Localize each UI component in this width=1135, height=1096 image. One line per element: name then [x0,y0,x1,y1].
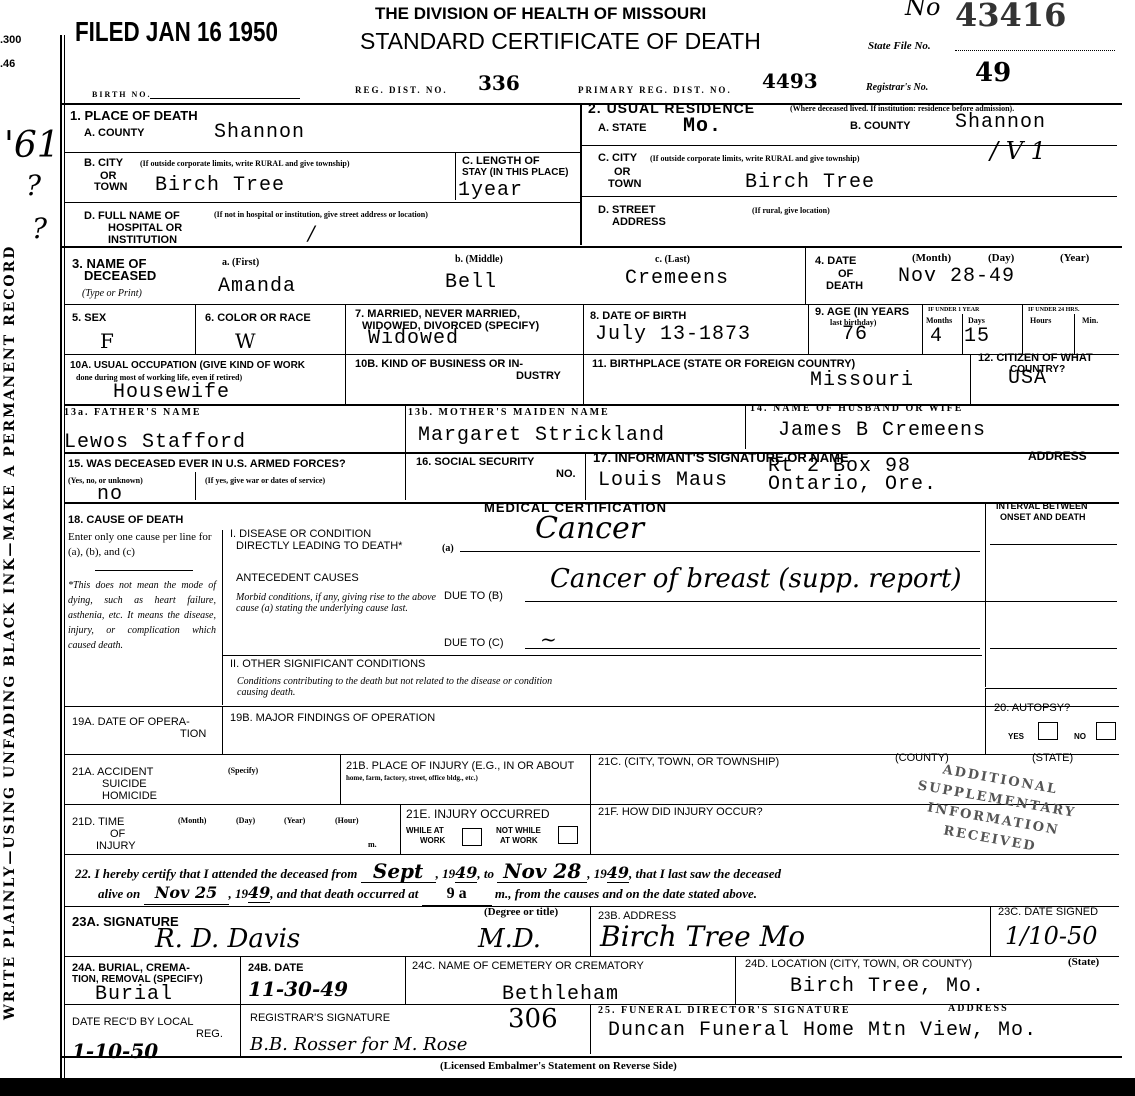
agency-name: THE DIVISION OF HEALTH OF MISSOURI [375,4,706,24]
dod-year-label: (Year) [1060,254,1089,263]
i-label: I. DISEASE OR CONDITION [230,528,371,540]
autopsy-yes-checkbox[interactable] [1038,722,1058,740]
dod-label2: OF [838,268,853,280]
days-label: Days [968,316,985,325]
divider [985,688,1117,689]
burial-date-label: 24b. DATE [248,962,303,974]
op-date-label: 19a. DATE OF OPERA- [72,716,190,728]
autopsy-yes-label: YES [1008,732,1024,741]
first-name-value[interactable]: Amanda [218,276,296,298]
informant-address2[interactable]: Ontario, Ore. [768,474,937,496]
certify-text: , 19 [436,866,456,881]
res-street-label2: ADDRESS [612,216,666,228]
pod-stay-value[interactable]: 1year [458,180,523,202]
divider [985,688,986,754]
funeral-address-label: ADDRESS [948,1004,1009,1013]
not-work-label: NOT WHILE [496,826,541,835]
op-findings-label: 19b. MAJOR FINDINGS OF OPERATION [230,712,435,724]
i-label2: DIRECTLY LEADING TO DEATH* [236,540,402,552]
divider-col-mid [580,103,582,245]
divider [455,152,456,200]
frame-left-inner [64,35,65,1080]
res-county-value[interactable]: Shannon [955,112,1046,134]
footer-note: (Licensed Embalmer's Statement on Revers… [440,1060,677,1072]
res-county-label: b. COUNTY [850,120,911,132]
physician-signature[interactable]: R. D. Davis [155,928,300,950]
attended-to-year[interactable]: 49 [607,863,629,883]
citizen-value[interactable]: USA [1008,368,1047,390]
divider [585,452,586,500]
ii-label: II. OTHER SIGNIFICANT CONDITIONS [230,658,425,670]
divider [405,956,406,1004]
while-work-checkbox[interactable] [462,828,482,846]
line-interval-c [990,648,1117,649]
autopsy-label: 20. AUTOPSY? [994,702,1070,714]
time-of-death[interactable]: 9 a [422,883,492,906]
ii-note: Conditions contributing to the death but… [237,676,557,698]
pod-stay-label: c. LENGTH OF [462,155,540,167]
place-of-death-heading: 1. PLACE OF DEATH [70,110,198,122]
race-value[interactable]: W [235,330,257,352]
margin-note-top2: .46 [0,58,15,70]
attended-from-year[interactable]: 49 [455,863,477,883]
armed-label: 15. WAS DECEASED EVER IN U.S. ARMED FORC… [68,458,346,470]
min-label: Min. [1082,316,1098,325]
divider [64,304,1119,305]
certify-line-2: alive on Nov 25, 1949, and that death oc… [98,882,757,906]
burial-location-value[interactable]: Birch Tree, Mo. [790,976,985,998]
cert-no-prefix: No [905,0,940,18]
citizen-label: 12. CITIZEN OF WHAT [978,352,1093,364]
birthplace-value[interactable]: Missouri [810,370,914,392]
res-street-note: (If rural, give location) [752,206,830,215]
dod-month-label: (Month) [912,254,951,263]
divider [582,196,1117,197]
degree-value[interactable]: M.D. [478,928,541,950]
ssn-label2: NO. [556,468,576,480]
burial-date-value[interactable]: 11-30-49 [248,978,348,1000]
divider [735,956,736,1004]
occurred-label: 21e. INJURY OCCURRED [406,808,550,820]
divider [222,530,223,705]
cause-c-value[interactable]: ~ [540,628,557,650]
primary-reg-value[interactable]: 4493 [762,70,818,92]
not-work-checkbox[interactable] [558,826,578,844]
res-city-town: TOWN [608,178,641,190]
line-b [525,601,1117,602]
divider [583,354,584,404]
attended-from[interactable]: Sept [361,860,436,883]
divider [805,246,806,304]
date-recd-label: DATE REC'D BY LOCAL [72,1016,194,1028]
divider [222,655,982,656]
burial-method-value[interactable]: Burial [95,984,173,1006]
a-label: (a) [442,544,454,553]
injury-city-label: 21c. (CITY, TOWN, OR TOWNSHIP) [598,756,779,768]
registrar-signature[interactable]: B.B. Rosser for M. Rose [250,1034,467,1056]
divider [990,906,991,956]
cemetery-value[interactable]: Bethleham [502,984,619,1006]
certify-text: , 19 [229,886,249,901]
place-injury-label: 21b. PLACE OF INJURY (e.g., in or about [346,760,574,772]
funeral-director-value[interactable]: Duncan Funeral Home Mtn View, Mo. [608,1020,1037,1042]
cause-b-value[interactable]: Cancer of breast (supp. report) [550,568,962,590]
deceased-heading2: DECEASED [84,270,156,282]
margin-note-top1: .300 [0,34,21,46]
divider [222,706,223,754]
antecedent-label: ANTECEDENT CAUSES [236,572,359,584]
filed-stamp: FILED JAN 16 1950 [75,16,278,48]
divider [64,906,1119,907]
cause-footnote: *This does not mean the mode of dying, s… [68,578,216,653]
under1-label: IF UNDER 1 YEAR [928,306,979,315]
divider [962,314,963,354]
sex-value[interactable]: F [100,330,115,352]
time-injury-label: 21d. TIME [72,816,124,828]
reg-dist-label: REG. DIST. NO. [355,86,448,95]
b-label: DUE TO (b) [444,590,503,602]
occupation-label: 10a. USUAL OCCUPATION (Give kind of work [70,360,305,372]
business-label2: DUSTRY [516,370,561,382]
date-recd-value[interactable]: 1-10-50 [72,1040,158,1062]
registrar-sig-label: REGISTRAR'S SIGNATURE [250,1012,390,1024]
divider [745,404,746,449]
pod-hospital-label3: INSTITUTION [108,234,177,246]
cause-note: Enter only one cause per line for (a), (… [68,530,218,560]
burial-location-label: 24d. LOCATION (City, town, or county) [745,958,972,970]
line-c [525,648,980,649]
margin-hand-note-2: ? [26,175,41,197]
middle-name-label: b. (Middle) [455,255,503,264]
divider [1074,314,1075,354]
months-value[interactable]: 4 [930,326,943,348]
m-label: m. [368,840,377,849]
pod-hospital-label2: HOSPITAL OR [108,222,182,234]
marital-value[interactable]: Widowed [368,328,459,350]
reg-dist-value[interactable]: 336 [478,72,520,94]
last-seen-alive[interactable]: Nov 25 [144,882,229,905]
while-work-label: WHILE AT [406,826,444,835]
line-a [460,551,980,552]
dob-value[interactable]: July 13-1873 [595,324,751,346]
supplementary-stamp: ADDITIONAL SUPPLEMENTARY INFORMATION REC… [899,755,1090,865]
res-state-label: a. STATE [598,122,646,134]
res-state-value[interactable]: Mo. [683,116,722,138]
first-name-label: a. (First) [222,258,259,267]
marital-label: 7. MARRIED, NEVER MARRIED, [355,308,520,320]
certify-text: alive on [98,886,140,901]
document-title: STANDARD CERTIFICATE OF DEATH [360,28,761,55]
divider [583,304,584,354]
informant-value[interactable]: Louis Maus [598,470,728,492]
residence-heading: 2. USUAL RESIDENCE [588,102,755,114]
pod-county-value[interactable]: Shannon [214,122,305,144]
margin-hand-note-3: ? [32,218,47,240]
res-street-label: d. STREET [598,204,655,216]
injury-state-label: (STATE) [1032,752,1073,764]
date-signed-label: 23c. DATE SIGNED [998,906,1098,918]
physician-address[interactable]: Birch Tree Mo [600,926,805,948]
ssn-label: 16. SOCIAL SECURITY [416,456,534,468]
business-label: 10b. KIND OF BUSINESS OR IN- [355,358,523,370]
specify-label: (Specify) [228,766,258,775]
months-label: Months [926,316,952,325]
sex-label: 5. SEX [72,312,106,324]
divider-bottom [62,1056,1122,1058]
while-work-label2: WORK [420,836,445,845]
age-value[interactable]: 76 [842,324,868,346]
suicide-label: SUICIDE [102,778,147,790]
spouse-value[interactable]: James B Cremeens [778,420,986,442]
hour-label: (Hour) [335,816,359,825]
how-injury-label: 21f. HOW DID INJURY OCCUR? [598,806,763,818]
divider [240,956,241,1056]
pod-city-label: b. CITY [84,157,123,169]
pod-city-value[interactable]: Birch Tree [155,175,285,197]
registrar-no-label: Registrar's No. [866,82,928,94]
dob-label: 8. DATE OF BIRTH [590,310,686,322]
date-signed-value[interactable]: 1/10-50 [1005,925,1098,947]
autopsy-no-checkbox[interactable] [1096,722,1116,740]
dod-label3: DEATH [826,280,863,292]
divider [195,304,196,354]
pod-hospital-note: (If not in hospital or institution, give… [214,210,428,219]
op-date-label2: TION [180,728,206,740]
res-hand-marks: / V 1 [990,140,1046,162]
accident-label: 21a. ACCIDENT [72,766,153,778]
divider [64,354,1119,355]
ii-value[interactable] [520,680,970,698]
divider [64,202,580,203]
month-label: (Month) [178,816,206,825]
armed-note2: (If yes, give war or dates of service) [205,476,325,485]
res-city-value[interactable]: Birch Tree [745,172,875,194]
time-injury-label2: OF [110,828,125,840]
cause-a-value[interactable]: Cancer [535,518,644,540]
c-label: DUE TO (c) [444,637,504,649]
sidebar-instruction: WRITE PLAINLY—USING UNFADING BLACK INK—M… [2,245,18,1020]
occupation-value[interactable]: Housewife [113,382,230,404]
pod-hospital-label: d. FULL NAME OF [84,210,180,222]
date-recd-label2: REG. [196,1028,223,1040]
divider [340,754,341,804]
cause-label: 18. CAUSE OF DEATH [68,514,183,526]
attended-to[interactable]: Nov 28 [497,860,587,883]
res-city-or: OR [614,166,631,178]
certificate-number: 43416 [955,0,1066,34]
primary-reg-label: PRIMARY REG. DIST. NO. [578,86,732,95]
state-file-field[interactable] [955,50,1115,51]
mother-value[interactable]: Margaret Strickland [418,425,665,447]
last-seen-year[interactable]: 49 [248,883,270,903]
funeral-director-label: 25. FUNERAL DIRECTOR'S SIGNATURE [598,1006,851,1015]
res-street-value[interactable] [700,225,1080,239]
hours-label: Hours [1030,316,1051,325]
place-injury-label2: home, farm, factory, street, office bldg… [346,774,478,783]
day-label: (Day) [236,816,255,825]
homicide-label: HOMICIDE [102,790,157,802]
birth-no-label: BIRTH NO. [92,90,152,99]
cemetery-label: 24c. NAME OF CEMETERY OR CREMATORY [412,960,644,972]
divider [95,570,193,571]
res-city-note: (If outside corporate limits, write RURA… [650,154,860,163]
pod-city-town: TOWN [94,181,127,193]
margin-hand-note: '61 [4,135,60,157]
divider [64,956,1119,957]
divider [970,354,971,404]
res-city-label: c. CITY [598,152,637,164]
time-injury-label3: INJURY [96,840,136,852]
divider [64,854,1119,855]
certify-text: , that I last saw the deceased [629,866,781,881]
divider [62,246,1122,248]
burial-location-state-label: (State) [1068,958,1099,967]
interval-label2: ONSET AND DEATH [1000,511,1086,523]
pod-hospital-value[interactable]: / [308,222,315,244]
state-file-label: State File No. [868,40,931,52]
age-label: 9. AGE (In years [815,306,909,318]
antecedent-note: Morbid conditions, if any, giving rise t… [236,592,441,614]
divider [590,906,591,956]
dod-label: 4. DATE [815,255,856,267]
autopsy-no-label: NO [1074,732,1086,741]
registrar-no-value[interactable]: 49 [975,62,1011,84]
divider [195,472,196,500]
divider [405,404,406,452]
divider [1022,304,1023,354]
degree-label: (Degree or title) [484,908,558,917]
divider [590,1004,591,1054]
year-label: (Year) [284,816,305,825]
pod-stay-label2: STAY (in this place) [462,167,569,179]
divider [64,754,1119,755]
informant-address-label: ADDRESS [1028,450,1087,462]
pod-county-label: a. COUNTY [84,127,145,139]
not-work-label2: AT WORK [500,836,538,845]
certify-text: , 19 [587,866,607,881]
divider [808,304,809,354]
deceased-heading3: (Type or Print) [82,288,142,300]
scan-border [0,1078,1135,1096]
certify-text: , and that death occurred at [270,886,418,901]
father-label: 13a. FATHER'S NAME [64,408,202,417]
certify-text: , to [477,866,494,881]
under24-label: IF UNDER 24 HRS. [1028,306,1079,315]
burial-method-label: 24a. BURIAL, CREMA- [72,962,190,974]
birth-no-field[interactable] [150,98,300,99]
middle-name-value[interactable]: Bell [445,272,497,294]
last-name-label: c. (Last) [655,255,690,264]
father-value[interactable]: Lewos Stafford [64,432,246,454]
certify-text: m., from the causes and on the date stat… [495,886,757,901]
last-name-value[interactable]: Cremeens [625,268,729,290]
divider [400,804,401,854]
divider [64,152,580,153]
divider [64,452,1119,454]
days-value[interactable]: 15 [964,326,990,348]
certify-text-1: 22. I hereby certify that I attended the… [75,866,357,881]
pod-city-note: (If outside corporate limits, write RURA… [140,159,440,168]
mother-label: 13b. MOTHER'S MAIDEN NAME [408,408,610,417]
race-label: 6. COLOR OR RACE [205,312,311,324]
spouse-label: 14. NAME OF HUSBAND OR WIFE [750,404,963,413]
divider [922,304,923,354]
divider [405,452,406,500]
frame-left [60,35,62,1080]
dod-day-label: (Day) [988,254,1014,263]
registrar-number: 306 [508,1008,558,1030]
line-interval-a [990,544,1117,545]
dod-value[interactable]: Nov 28-49 [898,266,1015,288]
divider [985,502,986,687]
